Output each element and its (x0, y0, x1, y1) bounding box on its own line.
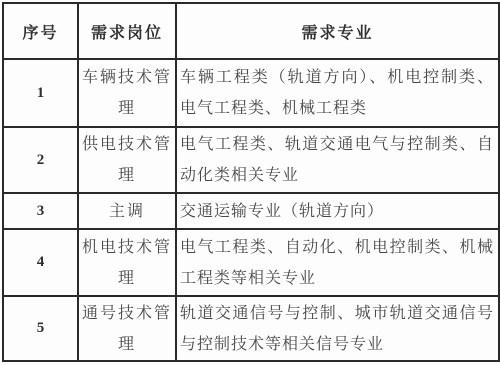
header-serial-number: 序号 (3, 3, 78, 59)
cell-serial-number: 5 (3, 296, 78, 361)
table-row: 1 车辆技术管理 车辆工程类（轨道方向）、机电控制类、电气工程类、机械工程类 (3, 59, 499, 127)
table-header-row: 序号 需求岗位 需求专业 (3, 3, 499, 59)
cell-position: 机电技术管理 (78, 229, 176, 296)
cell-major: 交通运输专业（轨道方向） (176, 193, 499, 229)
cell-position: 主调 (78, 193, 176, 229)
requirements-table: 序号 需求岗位 需求专业 1 车辆技术管理 车辆工程类（轨道方向）、机电控制类、… (2, 2, 500, 362)
table-row: 3 主调 交通运输专业（轨道方向） (3, 193, 499, 229)
cell-serial-number: 2 (3, 127, 78, 193)
cell-position: 车辆技术管理 (78, 59, 176, 127)
table-row: 4 机电技术管理 电气工程类、自动化、机电控制类、机械工程类等相关专业 (3, 229, 499, 296)
cell-major: 车辆工程类（轨道方向）、机电控制类、电气工程类、机械工程类 (176, 59, 499, 127)
cell-position: 供电技术管理 (78, 127, 176, 193)
header-required-major: 需求专业 (176, 3, 499, 59)
cell-major: 电气工程类、自动化、机电控制类、机械工程类等相关专业 (176, 229, 499, 296)
cell-major: 轨道交通信号与控制、城市轨道交通信号与控制技术等相关信号专业 (176, 296, 499, 361)
cell-position: 通号技术管理 (78, 296, 176, 361)
cell-serial-number: 3 (3, 193, 78, 229)
table-row: 5 通号技术管理 轨道交通信号与控制、城市轨道交通信号与控制技术等相关信号专业 (3, 296, 499, 361)
cell-serial-number: 4 (3, 229, 78, 296)
header-required-position: 需求岗位 (78, 3, 176, 59)
cell-serial-number: 1 (3, 59, 78, 127)
document-page: 序号 需求岗位 需求专业 1 车辆技术管理 车辆工程类（轨道方向）、机电控制类、… (0, 0, 500, 365)
cell-major: 电气工程类、轨道交通电气与控制类、自动化类相关专业 (176, 127, 499, 193)
table-row: 2 供电技术管理 电气工程类、轨道交通电气与控制类、自动化类相关专业 (3, 127, 499, 193)
